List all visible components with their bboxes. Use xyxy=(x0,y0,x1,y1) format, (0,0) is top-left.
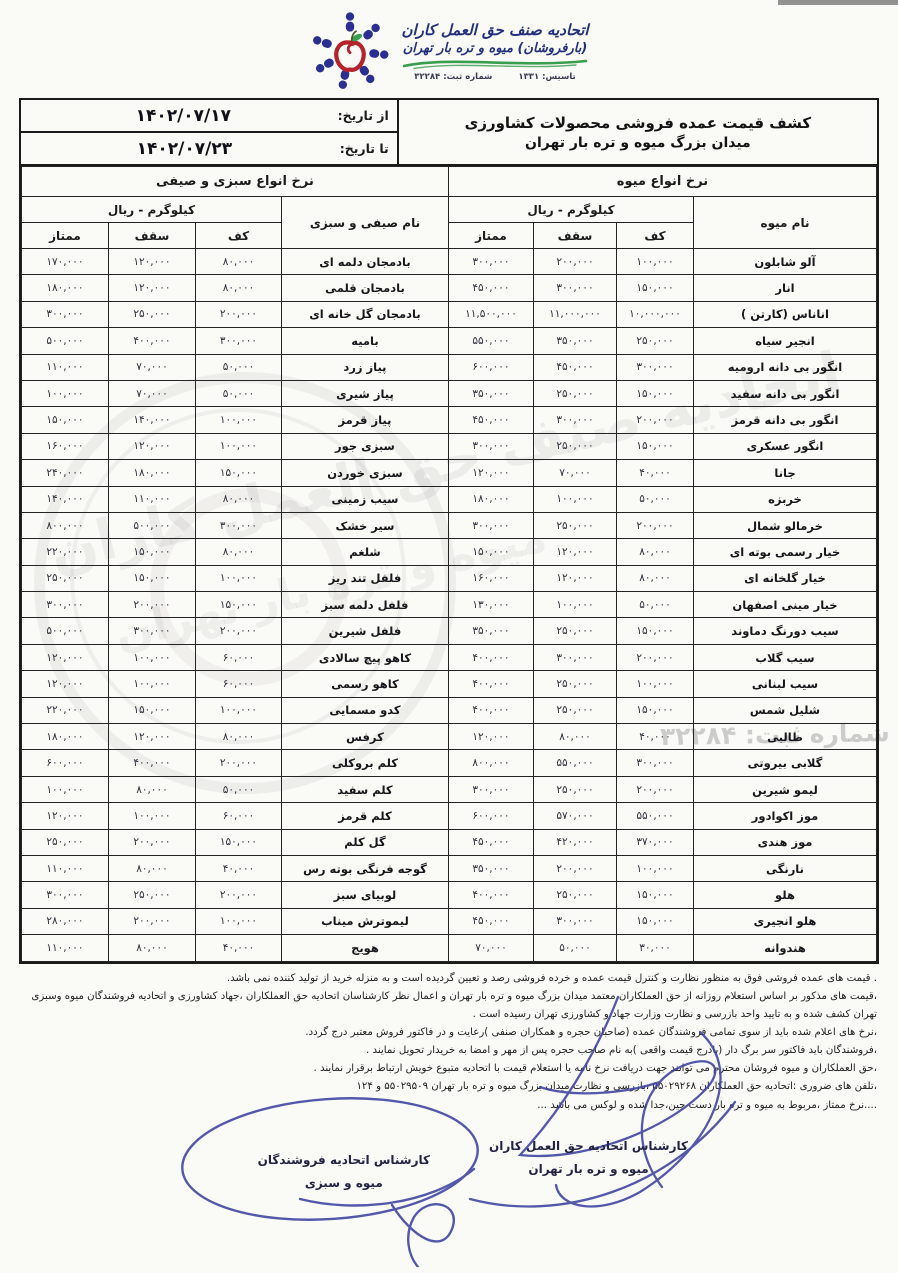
fruit-ceiling-price: ۵۰,۰۰۰ xyxy=(534,935,617,961)
table-row: خربزه ۵۰,۰۰۰ ۱۰۰,۰۰۰ ۱۸۰,۰۰۰ سیب زمینی ۸… xyxy=(21,486,876,512)
fruit-floor-price: ۵۵۰,۰۰۰ xyxy=(617,803,694,829)
sheet-header: کشف قیمت عمده فروشی محصولات کشاورزی میدا… xyxy=(21,100,877,166)
veg-name: هویج xyxy=(281,935,448,961)
fruit-ceiling-header: سقف xyxy=(534,223,617,249)
veg-ceiling-price: ۱۵۰,۰۰۰ xyxy=(108,697,195,723)
table-row: هلو ۱۵۰,۰۰۰ ۲۵۰,۰۰۰ ۴۰۰,۰۰۰ لوبیای سبز ۲… xyxy=(21,882,876,908)
veg-name: بادمجان دلمه ای xyxy=(281,249,448,275)
footnotes: . قیمت های عمده فروشی فوق به منظور نظارت… xyxy=(21,970,877,1115)
table-row: هلو انجیری ۱۵۰,۰۰۰ ۳۰۰,۰۰۰ ۴۵۰,۰۰۰ لیموت… xyxy=(21,908,876,934)
fruit-name: لیمو شیرین xyxy=(694,776,877,802)
veg-floor-price: ۲۰۰,۰۰۰ xyxy=(195,301,281,327)
table-row: لیمو شیرین ۲۰۰,۰۰۰ ۲۵۰,۰۰۰ ۳۰۰,۰۰۰ کلم س… xyxy=(21,776,876,802)
footnote-line: . قیمت های عمده فروشی فوق به منظور نظارت… xyxy=(21,970,877,988)
veg-name: بادمجان گل خانه ای xyxy=(281,301,448,327)
fruit-premium-price: ۵۵۰,۰۰۰ xyxy=(448,328,533,354)
veg-ceiling-price: ۱۵۰,۰۰۰ xyxy=(108,539,195,565)
fruit-premium-price: ۴۵۰,۰۰۰ xyxy=(448,275,533,301)
fruit-premium-price: ۳۰۰,۰۰۰ xyxy=(448,512,533,538)
veg-premium-price: ۱۰۰,۰۰۰ xyxy=(21,380,108,406)
price-sheet: کشف قیمت عمده فروشی محصولات کشاورزی میدا… xyxy=(19,98,879,964)
fruit-name: انگور عسکری xyxy=(694,433,877,459)
veg-floor-price: ۵۰,۰۰۰ xyxy=(195,776,281,802)
veg-premium-price: ۱۲۰,۰۰۰ xyxy=(21,671,108,697)
table-row: سیب گلاب ۲۰۰,۰۰۰ ۳۰۰,۰۰۰ ۴۰۰,۰۰۰ کاهو پی… xyxy=(21,644,876,670)
to-date-label: تا تاریخ: xyxy=(340,141,389,156)
table-row: هندوانه ۳۰,۰۰۰ ۵۰,۰۰۰ ۷۰,۰۰۰ هویج ۴۰,۰۰۰… xyxy=(21,935,876,961)
veg-floor-price: ۱۰۰,۰۰۰ xyxy=(195,433,281,459)
veg-floor-price: ۱۰۰,۰۰۰ xyxy=(195,407,281,433)
veg-ceiling-price: ۱۱۰,۰۰۰ xyxy=(108,486,195,512)
veg-floor-price: ۵۰,۰۰۰ xyxy=(195,380,281,406)
veg-floor-price: ۱۰۰,۰۰۰ xyxy=(195,908,281,934)
table-row: خیار مینی اصفهان ۵۰,۰۰۰ ۱۰۰,۰۰۰ ۱۳۰,۰۰۰ … xyxy=(21,592,876,618)
fruit-floor-price: ۳۰۰,۰۰۰ xyxy=(617,354,694,380)
footnote-line: ....نرخ ممتاز ،مربوط به میوه و تره بار د… xyxy=(21,1097,877,1115)
fruit-premium-price: ۴۰۰,۰۰۰ xyxy=(448,644,533,670)
veg-ceiling-price: ۲۰۰,۰۰۰ xyxy=(108,829,195,855)
veg-ceiling-price: ۱۲۰,۰۰۰ xyxy=(108,724,195,750)
fruit-premium-price: ۱۸۰,۰۰۰ xyxy=(448,486,533,512)
table-row: خیار گلخانه ای ۸۰,۰۰۰ ۱۲۰,۰۰۰ ۱۶۰,۰۰۰ فل… xyxy=(21,565,876,591)
fruit-ceiling-price: ۱۰۰,۰۰۰ xyxy=(534,486,617,512)
veg-ceiling-price: ۱۰۰,۰۰۰ xyxy=(108,671,195,697)
union-emblem-icon xyxy=(308,9,392,93)
veg-floor-price: ۱۵۰,۰۰۰ xyxy=(195,592,281,618)
signature-right-line1: کارشناس اتحادیه حق العمل کاران xyxy=(489,1135,688,1158)
fruit-name: انگور بی دانه قرمز xyxy=(694,407,877,433)
signature-right-title: کارشناس اتحادیه حق العمل کاران میوه و تر… xyxy=(489,1135,688,1181)
fruit-ceiling-price: ۲۰۰,۰۰۰ xyxy=(534,855,617,881)
veg-ceiling-price: ۱۰۰,۰۰۰ xyxy=(108,803,195,829)
veg-ceiling-price: ۱۵۰,۰۰۰ xyxy=(108,565,195,591)
veg-floor-price: ۱۰۰,۰۰۰ xyxy=(195,697,281,723)
veg-premium-price: ۱۶۰,۰۰۰ xyxy=(21,433,108,459)
fruit-name: خربزه xyxy=(694,486,877,512)
veg-ceiling-price: ۸۰,۰۰۰ xyxy=(108,776,195,802)
fruit-ceiling-price: ۲۵۰,۰۰۰ xyxy=(534,512,617,538)
veg-ceiling-price: ۲۰۰,۰۰۰ xyxy=(108,592,195,618)
fruit-name: هلو انجیری xyxy=(694,908,877,934)
veg-name: کلم قرمز xyxy=(281,803,448,829)
veg-name: سیب زمینی xyxy=(281,486,448,512)
fruit-ceiling-price: ۱۱,۰۰۰,۰۰۰ xyxy=(534,301,617,327)
table-row: جانا ۴۰,۰۰۰ ۷۰,۰۰۰ ۱۲۰,۰۰۰ سبزی خوردن ۱۵… xyxy=(21,460,876,486)
fruit-name: انگور بی دانه سفید xyxy=(694,380,877,406)
veg-floor-price: ۲۰۰,۰۰۰ xyxy=(195,618,281,644)
fruit-floor-price: ۱۰۰,۰۰۰ xyxy=(617,249,694,275)
veg-ceiling-price: ۲۵۰,۰۰۰ xyxy=(108,301,195,327)
signature-left-line2: میوه و سبزی xyxy=(258,1172,430,1195)
veg-premium-price: ۵۰۰,۰۰۰ xyxy=(21,328,108,354)
scanned-price-sheet: { "logo": { "org_line1": "اتحادیه صنف حق… xyxy=(0,0,898,1273)
fruit-floor-price: ۴۰,۰۰۰ xyxy=(617,460,694,486)
table-row: سیب دورنگ دماوند ۱۵۰,۰۰۰ ۲۵۰,۰۰۰ ۳۵۰,۰۰۰… xyxy=(21,618,876,644)
fruit-floor-price: ۲۵۰,۰۰۰ xyxy=(617,328,694,354)
union-registration-line: تاسیس: ۱۳۳۱ شماره ثبت: ۳۲۲۸۴ xyxy=(414,72,575,82)
fruit-name: موز هندی xyxy=(694,829,877,855)
fruit-name: سیب دورنگ دماوند xyxy=(694,618,877,644)
green-swoosh-icon xyxy=(400,58,590,70)
fruit-floor-price: ۲۰۰,۰۰۰ xyxy=(617,644,694,670)
from-date-label: از تاریخ: xyxy=(338,108,389,123)
fruit-ceiling-price: ۸۰,۰۰۰ xyxy=(534,724,617,750)
table-row: انجیر سیاه ۲۵۰,۰۰۰ ۳۵۰,۰۰۰ ۵۵۰,۰۰۰ بامیه… xyxy=(21,328,876,354)
fruit-ceiling-price: ۲۵۰,۰۰۰ xyxy=(534,882,617,908)
veg-name: لوبیای سبز xyxy=(281,882,448,908)
fruit-ceiling-price: ۲۵۰,۰۰۰ xyxy=(534,380,617,406)
fruit-name: انار xyxy=(694,275,877,301)
table-row: شلیل شمس ۱۵۰,۰۰۰ ۲۵۰,۰۰۰ ۴۰۰,۰۰۰ کدو مسم… xyxy=(21,697,876,723)
veg-premium-price: ۸۰۰,۰۰۰ xyxy=(21,512,108,538)
fruit-name: انجیر سیاه xyxy=(694,328,877,354)
fruit-floor-price: ۱۵۰,۰۰۰ xyxy=(617,882,694,908)
table-row: طالبی ۴۰,۰۰۰ ۸۰,۰۰۰ ۱۲۰,۰۰۰ کرفس ۸۰,۰۰۰ … xyxy=(21,724,876,750)
fruit-name: سیب گلاب xyxy=(694,644,877,670)
veg-name: فلفل تند ریز xyxy=(281,565,448,591)
veg-name: سبزی خوردن xyxy=(281,460,448,486)
veg-ceiling-price: ۱۴۰,۰۰۰ xyxy=(108,407,195,433)
fruit-premium-price: ۱۶۰,۰۰۰ xyxy=(448,565,533,591)
fruit-premium-header: ممتاز xyxy=(448,223,533,249)
table-row: انگور عسکری ۱۵۰,۰۰۰ ۲۵۰,۰۰۰ ۳۰۰,۰۰۰ سبزی… xyxy=(21,433,876,459)
sheet-title-line2: میدان بزرگ میوه و تره بار تهران xyxy=(525,135,751,151)
price-table: نرخ انواع میوه نرخ انواع سبزی و صیفی نام… xyxy=(21,166,877,962)
fruit-name: شلیل شمس xyxy=(694,697,877,723)
fruit-name: انگور بی دانه ارومیه xyxy=(694,354,877,380)
veg-name: سیر خشک xyxy=(281,512,448,538)
veg-premium-price: ۱۵۰,۰۰۰ xyxy=(21,407,108,433)
to-date-value: ۱۴۰۲/۰۷/۲۳ xyxy=(29,139,340,159)
fruit-unit-label: کیلوگرم - ریال xyxy=(448,197,693,223)
union-established: تاسیس: ۱۳۳۱ xyxy=(518,72,575,82)
fruit-ceiling-price: ۳۵۰,۰۰۰ xyxy=(534,328,617,354)
veg-ceiling-price: ۸۰,۰۰۰ xyxy=(108,935,195,961)
fruit-name: هندوانه xyxy=(694,935,877,961)
fruit-floor-header: کف xyxy=(617,223,694,249)
fruit-floor-price: ۳۷۰,۰۰۰ xyxy=(617,829,694,855)
fruit-premium-price: ۷۰,۰۰۰ xyxy=(448,935,533,961)
fruit-name: نارنگی xyxy=(694,855,877,881)
fruit-floor-price: ۱۵۰,۰۰۰ xyxy=(617,275,694,301)
fruit-name: جانا xyxy=(694,460,877,486)
from-date-row: از تاریخ: ۱۴۰۲/۰۷/۱۷ xyxy=(21,100,397,133)
fruit-premium-price: ۳۵۰,۰۰۰ xyxy=(448,618,533,644)
veg-floor-price: ۱۵۰,۰۰۰ xyxy=(195,829,281,855)
veg-premium-price: ۲۲۰,۰۰۰ xyxy=(21,697,108,723)
veg-ceiling-header: سقف xyxy=(108,223,195,249)
veg-floor-price: ۱۰۰,۰۰۰ xyxy=(195,565,281,591)
union-name-line2: (بارفروشان) میوه و تره بار تهران xyxy=(403,40,588,58)
fruit-premium-price: ۱۳۰,۰۰۰ xyxy=(448,592,533,618)
fruit-premium-price: ۴۰۰,۰۰۰ xyxy=(448,882,533,908)
veg-name: کدو مسمایی xyxy=(281,697,448,723)
table-row: خرمالو شمال ۲۰۰,۰۰۰ ۲۵۰,۰۰۰ ۳۰۰,۰۰۰ سیر … xyxy=(21,512,876,538)
fruit-name: خرمالو شمال xyxy=(694,512,877,538)
fruit-floor-price: ۱۵۰,۰۰۰ xyxy=(617,380,694,406)
signature-left-title: کارشناس اتحادیه فروشندگان میوه و سبزی xyxy=(258,1149,430,1195)
footnote-line: ،حق العملکاران و میوه فروشان محترم می تو… xyxy=(21,1060,877,1078)
veg-premium-price: ۳۰۰,۰۰۰ xyxy=(21,592,108,618)
fruit-premium-price: ۴۰۰,۰۰۰ xyxy=(448,671,533,697)
fruit-name: خیار رسمی بوته ای xyxy=(694,539,877,565)
veg-floor-price: ۸۰,۰۰۰ xyxy=(195,724,281,750)
union-logo: اتحادیه صنف حق العمل کاران (بارفروشان) م… xyxy=(0,0,898,98)
veg-floor-price: ۲۰۰,۰۰۰ xyxy=(195,882,281,908)
fruit-name: موز اکوادور xyxy=(694,803,877,829)
from-date-value: ۱۴۰۲/۰۷/۱۷ xyxy=(29,106,338,126)
veg-name: کاهو پیچ سالادی xyxy=(281,644,448,670)
veg-name: پیاز زرد xyxy=(281,354,448,380)
fruit-floor-price: ۵۰,۰۰۰ xyxy=(617,592,694,618)
fruit-floor-price: ۱۰۰,۰۰۰ xyxy=(617,855,694,881)
fruit-name: گلابی بیروتی xyxy=(694,750,877,776)
veg-floor-price: ۸۰,۰۰۰ xyxy=(195,539,281,565)
veg-ceiling-price: ۱۰۰,۰۰۰ xyxy=(108,644,195,670)
fruit-ceiling-price: ۲۵۰,۰۰۰ xyxy=(534,776,617,802)
veg-floor-price: ۵۰,۰۰۰ xyxy=(195,354,281,380)
footnote-line: ،فروشندگان باید فاکتور سر برگ دار (بادرج… xyxy=(21,1042,877,1060)
section-header-row: نرخ انواع میوه نرخ انواع سبزی و صیفی xyxy=(21,167,876,197)
fruit-floor-price: ۱۵۰,۰۰۰ xyxy=(617,908,694,934)
fruit-premium-price: ۴۵۰,۰۰۰ xyxy=(448,829,533,855)
fruit-ceiling-price: ۳۰۰,۰۰۰ xyxy=(534,908,617,934)
veg-name: کاهو رسمی xyxy=(281,671,448,697)
veg-premium-price: ۱۱۰,۰۰۰ xyxy=(21,354,108,380)
fruit-floor-price: ۱۵۰,۰۰۰ xyxy=(617,618,694,644)
fruit-name: طالبی xyxy=(694,724,877,750)
table-row: انگور بی دانه سفید ۱۵۰,۰۰۰ ۲۵۰,۰۰۰ ۳۵۰,۰… xyxy=(21,380,876,406)
veg-name: سبزی جور xyxy=(281,433,448,459)
fruit-floor-price: ۱۵۰,۰۰۰ xyxy=(617,697,694,723)
date-range: از تاریخ: ۱۴۰۲/۰۷/۱۷ تا تاریخ: ۱۴۰۲/۰۷/۲… xyxy=(21,100,397,164)
fruit-name: خیار گلخانه ای xyxy=(694,565,877,591)
fruit-premium-price: ۱۵۰,۰۰۰ xyxy=(448,539,533,565)
fruit-floor-price: ۸۰,۰۰۰ xyxy=(617,539,694,565)
veg-premium-price: ۱۸۰,۰۰۰ xyxy=(21,275,108,301)
fruit-ceiling-price: ۴۲۰,۰۰۰ xyxy=(534,829,617,855)
fruit-ceiling-price: ۴۵۰,۰۰۰ xyxy=(534,354,617,380)
fruit-premium-price: ۳۰۰,۰۰۰ xyxy=(448,249,533,275)
fruit-premium-price: ۱۱,۵۰۰,۰۰۰ xyxy=(448,301,533,327)
fruit-ceiling-price: ۲۵۰,۰۰۰ xyxy=(534,433,617,459)
veg-ceiling-price: ۷۰,۰۰۰ xyxy=(108,354,195,380)
veg-name: بادمجان قلمی xyxy=(281,275,448,301)
veg-name: لیموترش میناب xyxy=(281,908,448,934)
veg-name: پیاز قرمز xyxy=(281,407,448,433)
footnote-line: ،نرخ های اعلام شده باید از سوی تمامی فرو… xyxy=(21,1024,877,1042)
veg-ceiling-price: ۱۲۰,۰۰۰ xyxy=(108,275,195,301)
veg-unit-label: کیلوگرم - ریال xyxy=(21,197,281,223)
veg-floor-price: ۴۰,۰۰۰ xyxy=(195,855,281,881)
veg-floor-price: ۳۰۰,۰۰۰ xyxy=(195,512,281,538)
table-row: انار ۱۵۰,۰۰۰ ۳۰۰,۰۰۰ ۴۵۰,۰۰۰ بادمجان قلم… xyxy=(21,275,876,301)
veg-premium-price: ۱۱۰,۰۰۰ xyxy=(21,855,108,881)
veg-ceiling-price: ۱۲۰,۰۰۰ xyxy=(108,433,195,459)
veg-floor-price: ۶۰,۰۰۰ xyxy=(195,803,281,829)
veg-premium-price: ۱۷۰,۰۰۰ xyxy=(21,249,108,275)
veg-floor-price: ۴۰,۰۰۰ xyxy=(195,935,281,961)
veg-floor-price: ۶۰,۰۰۰ xyxy=(195,644,281,670)
signature-right-line2: میوه و تره بار تهران xyxy=(489,1158,688,1181)
veg-floor-header: کف xyxy=(195,223,281,249)
table-row: موز اکوادور ۵۵۰,۰۰۰ ۵۷۰,۰۰۰ ۶۰۰,۰۰۰ کلم … xyxy=(21,803,876,829)
veg-floor-price: ۸۰,۰۰۰ xyxy=(195,275,281,301)
fruit-ceiling-price: ۱۲۰,۰۰۰ xyxy=(534,565,617,591)
fruit-premium-price: ۶۰۰,۰۰۰ xyxy=(448,803,533,829)
table-row: موز هندی ۳۷۰,۰۰۰ ۴۲۰,۰۰۰ ۴۵۰,۰۰۰ گل کلم … xyxy=(21,829,876,855)
veg-ceiling-price: ۵۰۰,۰۰۰ xyxy=(108,512,195,538)
veg-premium-price: ۱۴۰,۰۰۰ xyxy=(21,486,108,512)
fruit-ceiling-price: ۱۰۰,۰۰۰ xyxy=(534,592,617,618)
fruit-floor-price: ۲۰۰,۰۰۰ xyxy=(617,776,694,802)
fruit-premium-price: ۱۲۰,۰۰۰ xyxy=(448,460,533,486)
fruit-floor-price: ۱۵۰,۰۰۰ xyxy=(617,433,694,459)
fruit-ceiling-price: ۳۰۰,۰۰۰ xyxy=(534,275,617,301)
footnote-line: ،تلفن های ضروری :اتحادیه حق العملکاران ۵… xyxy=(21,1078,877,1096)
fruit-ceiling-price: ۲۵۰,۰۰۰ xyxy=(534,618,617,644)
fruit-ceiling-price: ۱۲۰,۰۰۰ xyxy=(534,539,617,565)
signature-area: کارشناس اتحادیه حق العمل کاران میوه و تر… xyxy=(0,1117,898,1257)
scan-edge-artifact xyxy=(778,0,898,5)
fruit-premium-price: ۳۰۰,۰۰۰ xyxy=(448,433,533,459)
veg-name: شلغم xyxy=(281,539,448,565)
sheet-title-line1: کشف قیمت عمده فروشی محصولات کشاورزی xyxy=(465,114,812,132)
sheet-title: کشف قیمت عمده فروشی محصولات کشاورزی میدا… xyxy=(397,100,877,164)
fruit-premium-price: ۴۵۰,۰۰۰ xyxy=(448,908,533,934)
veg-premium-price: ۳۰۰,۰۰۰ xyxy=(21,882,108,908)
veg-premium-price: ۳۰۰,۰۰۰ xyxy=(21,301,108,327)
fruit-floor-price: ۳۰,۰۰۰ xyxy=(617,935,694,961)
veg-name: گوجه فرنگی بوته رس xyxy=(281,855,448,881)
fruit-name: آلو شابلون xyxy=(694,249,877,275)
to-date-row: تا تاریخ: ۱۴۰۲/۰۷/۲۳ xyxy=(21,133,397,164)
fruit-name: خیار مینی اصفهان xyxy=(694,592,877,618)
fruit-floor-price: ۴۰,۰۰۰ xyxy=(617,724,694,750)
fruit-floor-price: ۲۰۰,۰۰۰ xyxy=(617,512,694,538)
fruit-floor-price: ۱۰,۰۰۰,۰۰۰ xyxy=(617,301,694,327)
table-row: اناناس (کارتن ) ۱۰,۰۰۰,۰۰۰ ۱۱,۰۰۰,۰۰۰ ۱۱… xyxy=(21,301,876,327)
veg-premium-price: ۱۱۰,۰۰۰ xyxy=(21,935,108,961)
veg-premium-price: ۱۲۰,۰۰۰ xyxy=(21,803,108,829)
veg-premium-price: ۲۵۰,۰۰۰ xyxy=(21,829,108,855)
fruit-premium-price: ۶۰۰,۰۰۰ xyxy=(448,354,533,380)
fruit-ceiling-price: ۳۰۰,۰۰۰ xyxy=(534,407,617,433)
veg-ceiling-price: ۴۰۰,۰۰۰ xyxy=(108,750,195,776)
veg-name-header: نام صیفی و سبزی xyxy=(281,197,448,249)
veg-ceiling-price: ۱۲۰,۰۰۰ xyxy=(108,249,195,275)
veg-ceiling-price: ۴۰۰,۰۰۰ xyxy=(108,328,195,354)
veg-premium-header: ممتاز xyxy=(21,223,108,249)
veg-name: پیاز شیری xyxy=(281,380,448,406)
veg-premium-price: ۱۸۰,۰۰۰ xyxy=(21,724,108,750)
veg-name: کلم بروکلی xyxy=(281,750,448,776)
fruit-ceiling-price: ۲۰۰,۰۰۰ xyxy=(534,249,617,275)
price-table-body: آلو شابلون ۱۰۰,۰۰۰ ۲۰۰,۰۰۰ ۳۰۰,۰۰۰ بادمج… xyxy=(21,249,876,962)
veg-ceiling-price: ۲۵۰,۰۰۰ xyxy=(108,882,195,908)
veg-premium-price: ۱۲۰,۰۰۰ xyxy=(21,644,108,670)
veg-floor-price: ۳۰۰,۰۰۰ xyxy=(195,328,281,354)
veg-name: فلفل شیرین xyxy=(281,618,448,644)
veg-name: گل کلم xyxy=(281,829,448,855)
table-row: سیب لبنانی ۱۰۰,۰۰۰ ۲۵۰,۰۰۰ ۴۰۰,۰۰۰ کاهو … xyxy=(21,671,876,697)
union-registration-number: شماره ثبت: ۳۲۲۸۴ xyxy=(414,72,492,82)
veg-premium-price: ۲۸۰,۰۰۰ xyxy=(21,908,108,934)
table-row: انگور بی دانه قرمز ۲۰۰,۰۰۰ ۳۰۰,۰۰۰ ۴۵۰,۰… xyxy=(21,407,876,433)
union-name-line1: اتحادیه صنف حق العمل کاران xyxy=(401,20,588,40)
fruit-ceiling-price: ۷۰,۰۰۰ xyxy=(534,460,617,486)
veg-premium-price: ۲۵۰,۰۰۰ xyxy=(21,565,108,591)
fruit-ceiling-price: ۲۵۰,۰۰۰ xyxy=(534,671,617,697)
fruit-premium-price: ۳۵۰,۰۰۰ xyxy=(448,380,533,406)
fruit-ceiling-price: ۲۵۰,۰۰۰ xyxy=(534,697,617,723)
fruit-name: اناناس (کارتن ) xyxy=(694,301,877,327)
veg-name: بامیه xyxy=(281,328,448,354)
veg-floor-price: ۲۰۰,۰۰۰ xyxy=(195,750,281,776)
fruit-name: هلو xyxy=(694,882,877,908)
fruit-premium-price: ۳۵۰,۰۰۰ xyxy=(448,855,533,881)
veg-premium-price: ۲۴۰,۰۰۰ xyxy=(21,460,108,486)
signature-left-line1: کارشناس اتحادیه فروشندگان xyxy=(258,1149,430,1172)
table-row: خیار رسمی بوته ای ۸۰,۰۰۰ ۱۲۰,۰۰۰ ۱۵۰,۰۰۰… xyxy=(21,539,876,565)
union-logo-text: اتحادیه صنف حق العمل کاران (بارفروشان) م… xyxy=(400,20,590,82)
veg-ceiling-price: ۷۰,۰۰۰ xyxy=(108,380,195,406)
veg-premium-price: ۵۰۰,۰۰۰ xyxy=(21,618,108,644)
veg-premium-price: ۲۲۰,۰۰۰ xyxy=(21,539,108,565)
fruit-premium-price: ۴۰۰,۰۰۰ xyxy=(448,697,533,723)
veg-name: کرفس xyxy=(281,724,448,750)
fruit-floor-price: ۱۰۰,۰۰۰ xyxy=(617,671,694,697)
table-row: نارنگی ۱۰۰,۰۰۰ ۲۰۰,۰۰۰ ۳۵۰,۰۰۰ گوجه فرنگ… xyxy=(21,855,876,881)
veg-floor-price: ۶۰,۰۰۰ xyxy=(195,671,281,697)
veg-name: کلم سفید xyxy=(281,776,448,802)
footnote-line: ،قیمت های مذکور بر اساس استعلام روزانه ا… xyxy=(21,988,877,1024)
fruit-name: سیب لبنانی xyxy=(694,671,877,697)
veg-name: فلفل دلمه سبز xyxy=(281,592,448,618)
veg-ceiling-price: ۳۰۰,۰۰۰ xyxy=(108,618,195,644)
fruit-floor-price: ۳۰۰,۰۰۰ xyxy=(617,750,694,776)
fruit-floor-price: ۸۰,۰۰۰ xyxy=(617,565,694,591)
veg-floor-price: ۸۰,۰۰۰ xyxy=(195,486,281,512)
veg-floor-price: ۸۰,۰۰۰ xyxy=(195,249,281,275)
fruit-floor-price: ۵۰,۰۰۰ xyxy=(617,486,694,512)
fruit-premium-price: ۱۲۰,۰۰۰ xyxy=(448,724,533,750)
table-row: گلابی بیروتی ۳۰۰,۰۰۰ ۵۵۰,۰۰۰ ۸۰۰,۰۰۰ کلم… xyxy=(21,750,876,776)
fruit-ceiling-price: ۵۵۰,۰۰۰ xyxy=(534,750,617,776)
fruit-floor-price: ۲۰۰,۰۰۰ xyxy=(617,407,694,433)
table-row: انگور بی دانه ارومیه ۳۰۰,۰۰۰ ۴۵۰,۰۰۰ ۶۰۰… xyxy=(21,354,876,380)
fruit-section-title: نرخ انواع میوه xyxy=(448,167,876,197)
fruit-premium-price: ۸۰۰,۰۰۰ xyxy=(448,750,533,776)
unit-header-row: نام میوه کیلوگرم - ریال نام صیفی و سبزی … xyxy=(21,197,876,223)
veg-ceiling-price: ۱۸۰,۰۰۰ xyxy=(108,460,195,486)
veg-floor-price: ۱۵۰,۰۰۰ xyxy=(195,460,281,486)
table-row: آلو شابلون ۱۰۰,۰۰۰ ۲۰۰,۰۰۰ ۳۰۰,۰۰۰ بادمج… xyxy=(21,249,876,275)
fruit-ceiling-price: ۵۷۰,۰۰۰ xyxy=(534,803,617,829)
fruit-premium-price: ۴۵۰,۰۰۰ xyxy=(448,407,533,433)
veg-premium-price: ۱۰۰,۰۰۰ xyxy=(21,776,108,802)
fruit-name-header: نام میوه xyxy=(694,197,877,249)
veg-premium-price: ۶۰۰,۰۰۰ xyxy=(21,750,108,776)
veg-section-title: نرخ انواع سبزی و صیفی xyxy=(21,167,448,197)
veg-ceiling-price: ۲۰۰,۰۰۰ xyxy=(108,908,195,934)
fruit-premium-price: ۳۰۰,۰۰۰ xyxy=(448,776,533,802)
fruit-ceiling-price: ۳۰۰,۰۰۰ xyxy=(534,644,617,670)
veg-ceiling-price: ۸۰,۰۰۰ xyxy=(108,855,195,881)
